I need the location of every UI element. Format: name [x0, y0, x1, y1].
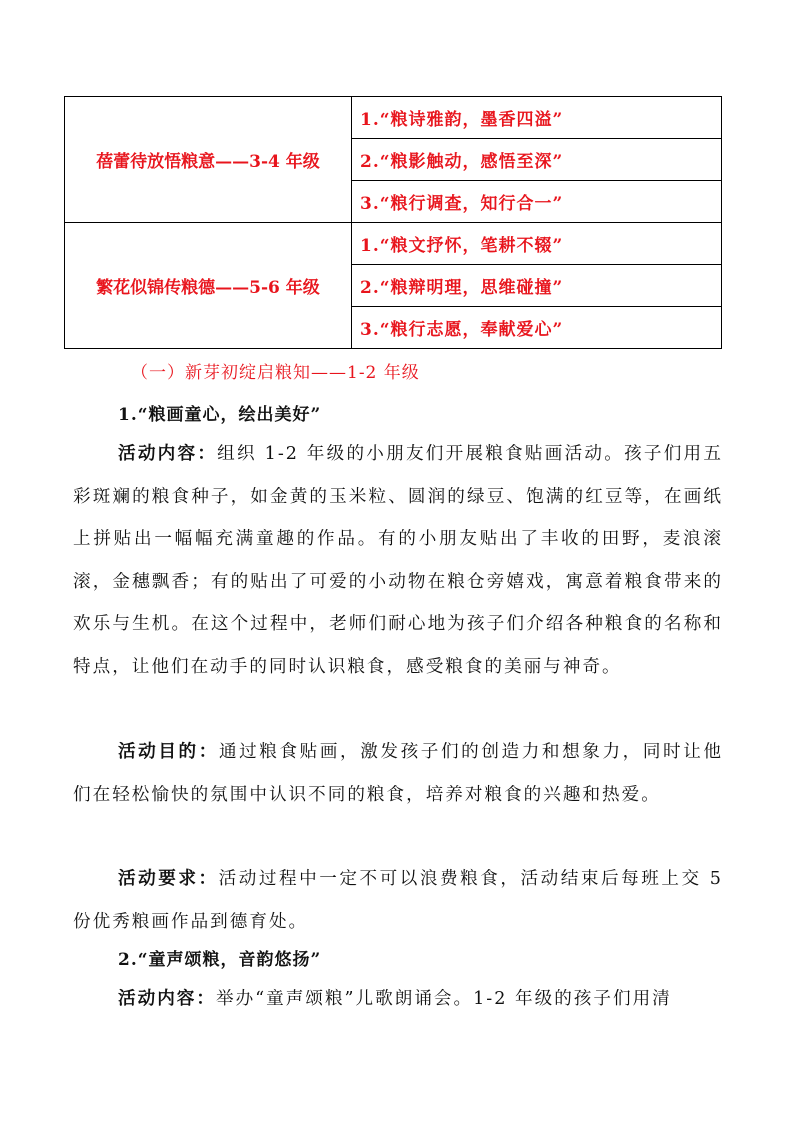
activity-cell: 2.“粮辩明理，思维碰撞” — [352, 265, 722, 307]
activity-cell: 1.“粮诗雅韵，墨香四溢” — [352, 97, 722, 139]
section-title: （一）新芽初绽启粮知——1-2 年级 — [131, 358, 420, 383]
activity-heading-2: 2.“童声颂粮，音韵悠扬” — [118, 945, 321, 970]
table-row: 繁花似锦传粮德——5-6 年级 1.“粮文抒怀，笔耕不辍” — [65, 223, 722, 265]
paragraph-label: 活动内容： — [118, 443, 217, 464]
paragraph-label: 活动要求： — [118, 868, 219, 889]
activity-heading-1: 1.“粮画童心，绘出美好” — [118, 400, 321, 425]
paragraph-content-1: 活动内容：组织 1-2 年级的小朋友们开展粮食贴画活动。孩子们用五彩斑斓的粮食种… — [73, 433, 723, 688]
table-row: 蓓蕾待放悟粮意——3-4 年级 1.“粮诗雅韵，墨香四溢” — [65, 97, 722, 139]
paragraph-requirement-1: 活动要求：活动过程中一定不可以浪费粮食，活动结束后每班上交 5 份优秀粮画作品到… — [73, 858, 723, 943]
paragraph-label: 活动目的： — [118, 741, 219, 762]
activity-cell: 3.“粮行调查，知行合一” — [352, 181, 722, 223]
activity-cell: 3.“粮行志愿，奉献爱心” — [352, 307, 722, 349]
grade-cell-5-6: 繁花似锦传粮德——5-6 年级 — [65, 223, 352, 349]
paragraph-purpose-1: 活动目的：通过粮食贴画，激发孩子们的创造力和想象力，同时让他们在轻松愉快的氛围中… — [73, 731, 723, 816]
activity-plan-table: 蓓蕾待放悟粮意——3-4 年级 1.“粮诗雅韵，墨香四溢” 2.“粮影触动，感悟… — [64, 96, 722, 349]
paragraph-text: 组织 1-2 年级的小朋友们开展粮食贴画活动。孩子们用五彩斑斓的粮食种子，如金黄… — [73, 444, 723, 677]
paragraph-content-2: 活动内容：举办“童声颂粮”儿歌朗诵会。1-2 年级的孩子们用清 — [73, 978, 723, 1021]
activity-cell: 1.“粮文抒怀，笔耕不辍” — [352, 223, 722, 265]
grade-cell-3-4: 蓓蕾待放悟粮意——3-4 年级 — [65, 97, 352, 223]
paragraph-label: 活动内容： — [118, 988, 216, 1009]
document-page: 蓓蕾待放悟粮意——3-4 年级 1.“粮诗雅韵，墨香四溢” 2.“粮影触动，感悟… — [0, 0, 793, 1122]
activity-cell: 2.“粮影触动，感悟至深” — [352, 139, 722, 181]
paragraph-text: 举办“童声颂粮”儿歌朗诵会。1-2 年级的孩子们用清 — [216, 989, 672, 1009]
